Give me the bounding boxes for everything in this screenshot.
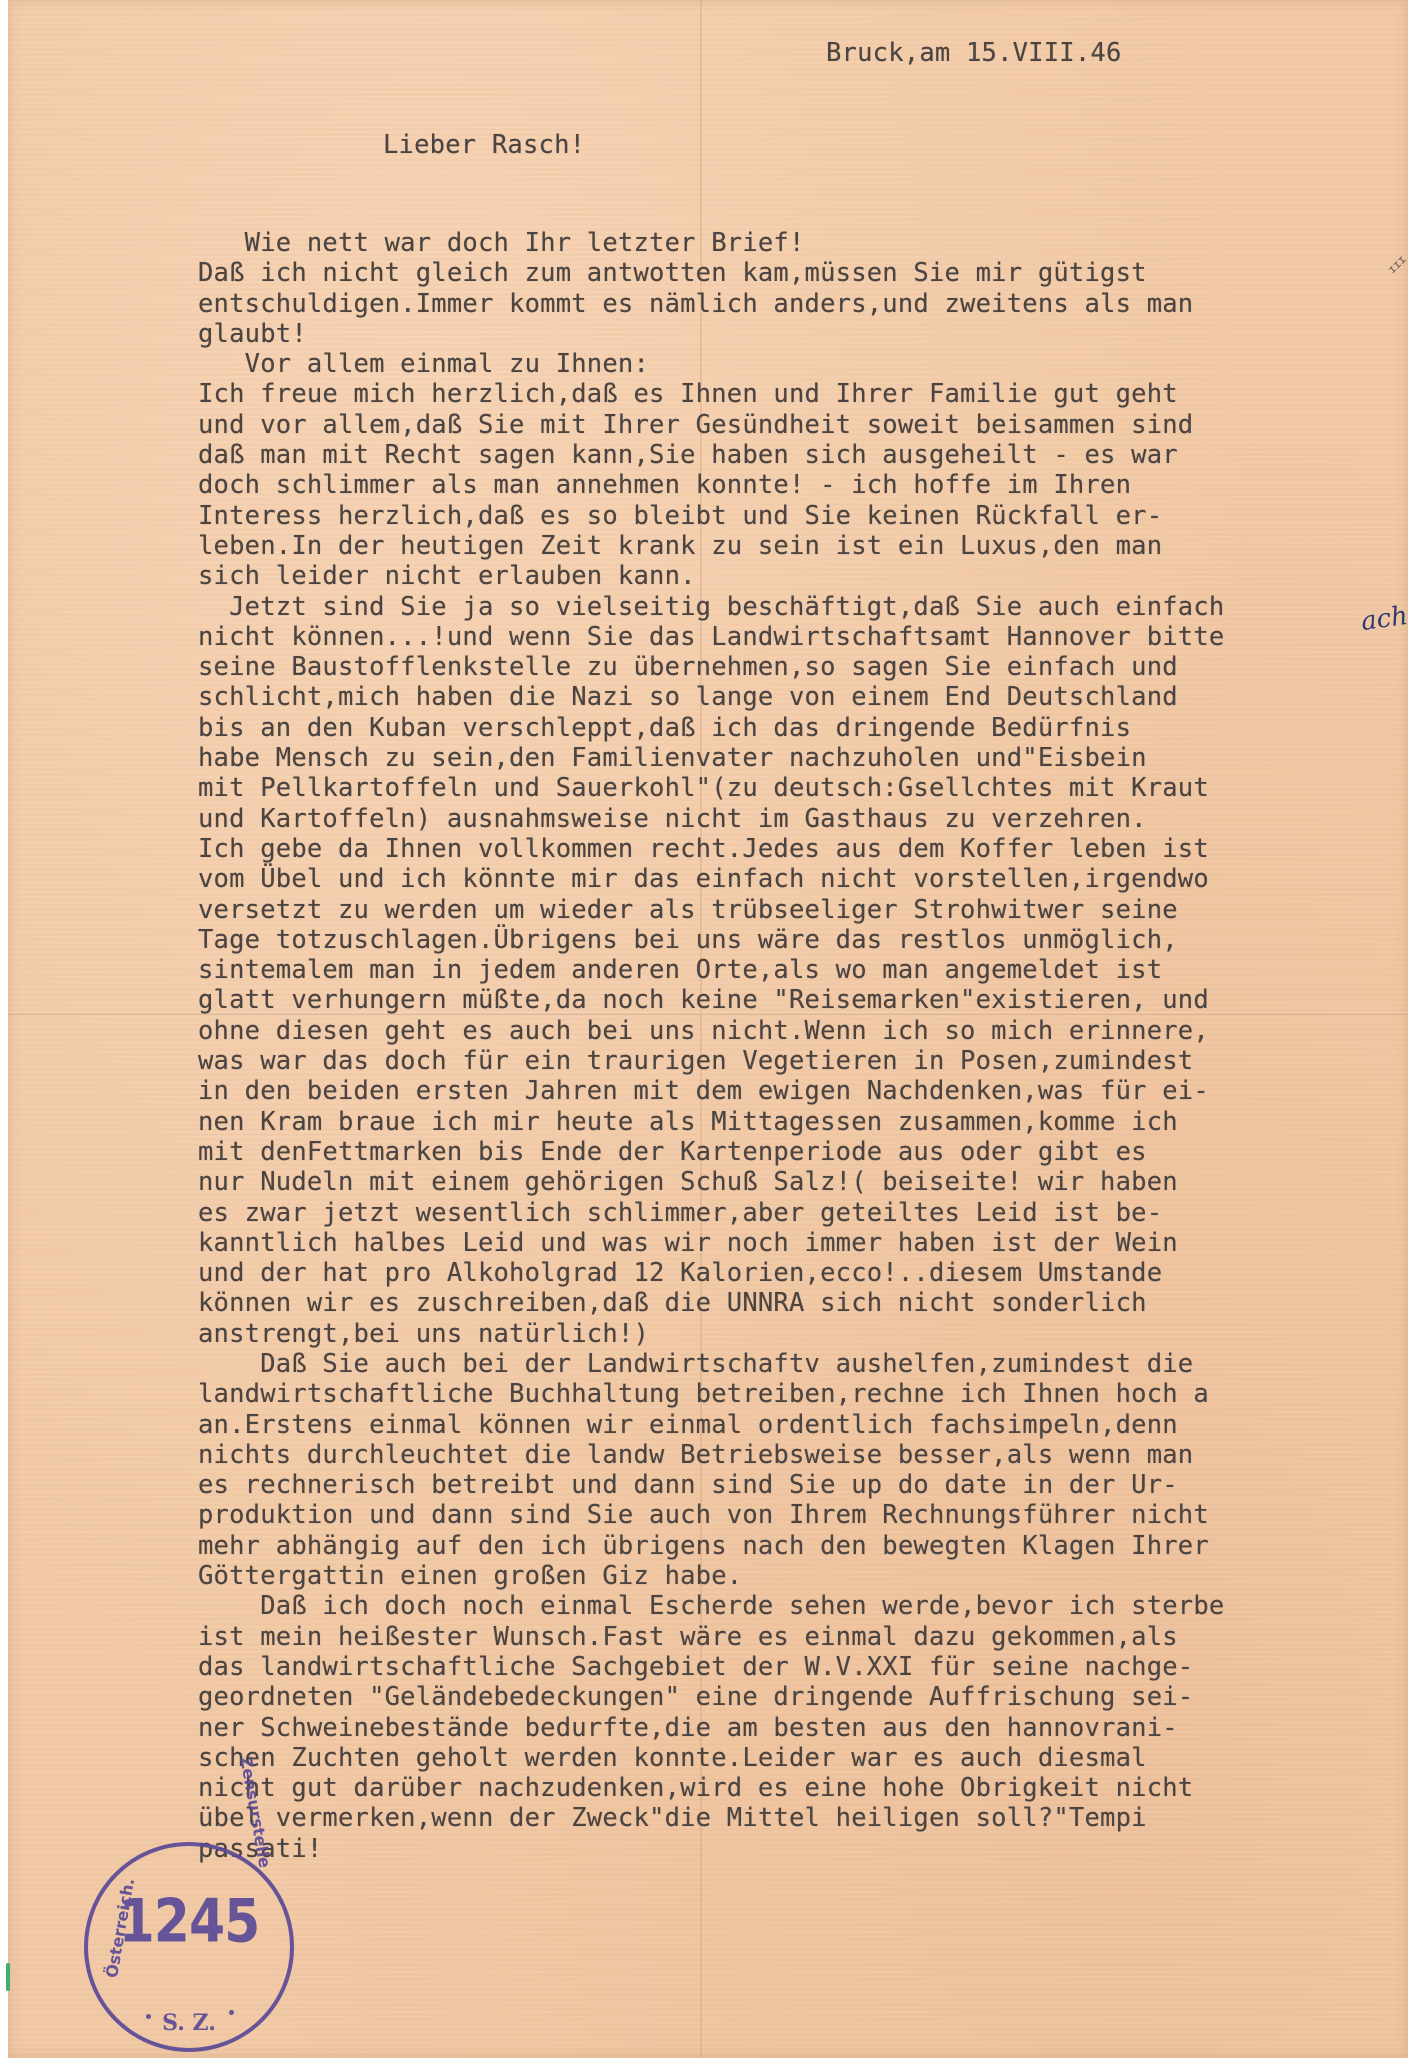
letter-line: nicht können...!und wenn Sie das Landwir… xyxy=(198,622,1224,652)
letter-line: ner Schweinebestände bedurfte,die am bes… xyxy=(198,1713,1224,1743)
letter-line: nichts durchleuchtet die landw Betriebsw… xyxy=(198,1440,1224,1470)
letter-line: Göttergattin einen großen Giz habe. xyxy=(198,1561,1224,1591)
letter-line: versetzt zu werden um wieder als trübsee… xyxy=(198,895,1224,925)
letter-line: es zwar jetzt wesentlich schlimmer,aber … xyxy=(198,1198,1224,1228)
letter-line: geordneten "Geländebedeckungen" eine dri… xyxy=(198,1682,1224,1712)
letter-line: daß man mit Recht sagen kann,Sie haben s… xyxy=(198,440,1224,470)
letter-line: das landwirtschaftliche Sachgebiet der W… xyxy=(198,1652,1224,1682)
letter-line: Ich freue mich herzlich,daß es Ihnen und… xyxy=(198,379,1224,409)
letter-line: landwirtschaftliche Buchhaltung betreibe… xyxy=(198,1379,1224,1409)
stamp-zone-label: S. Z. xyxy=(88,2010,290,2036)
letter-line: anstrengt,bei uns natürlich!) xyxy=(198,1319,1224,1349)
letter-line: sich leider nicht erlauben kann. xyxy=(198,561,1224,591)
letter-line: und der hat pro Alkoholgrad 12 Kalorien,… xyxy=(198,1258,1224,1288)
letter-line: habe Mensch zu sein,den Familienvater na… xyxy=(198,743,1224,773)
letter-line: und Kartoffeln) ausnahmsweise nicht im G… xyxy=(198,804,1224,834)
green-edge-mark xyxy=(6,1963,10,1991)
letter-line: mit Pellkartoffeln und Sauerkohl"(zu deu… xyxy=(198,773,1224,803)
letter-line: schen Zuchten geholt werden konnte.Leide… xyxy=(198,1743,1224,1773)
censor-stamp: Österreich. Zensurstelle 1245 S. Z. xyxy=(84,1842,294,2052)
letter-line: Ich gebe da Ihnen vollkommen recht.Jedes… xyxy=(198,834,1224,864)
letter-line: glatt verhungern müßte,da noch keine "Re… xyxy=(198,985,1224,1015)
letter-line: Jetzt sind Sie ja so vielseitig beschäft… xyxy=(198,592,1224,622)
letter-line: in den beiden ersten Jahren mit dem ewig… xyxy=(198,1076,1224,1106)
letter-line: doch schlimmer als man annehmen konnte! … xyxy=(198,470,1224,500)
stamp-number: 1245 xyxy=(88,1888,290,1957)
letter-line: an.Erstens einmal können wir einmal orde… xyxy=(198,1410,1224,1440)
letter-line: nen Kram braue ich mir heute als Mittage… xyxy=(198,1107,1224,1137)
letter-line: was war das doch für ein traurigen Veget… xyxy=(198,1046,1224,1076)
letter-line: Daß Sie auch bei der Landwirtschaftv aus… xyxy=(198,1349,1224,1379)
letter-line: Tage totzuschlagen.Übrigens bei uns wäre… xyxy=(198,925,1224,955)
letter-line: ohne diesen geht es auch bei uns nicht.W… xyxy=(198,1016,1224,1046)
letter-line: glaubt! xyxy=(198,319,1224,349)
letter-line: seine Baustofflenkstelle zu übernehmen,s… xyxy=(198,652,1224,682)
letter-body: Wie nett war doch Ihr letzter Brief!Daß … xyxy=(198,228,1224,1864)
letter-line: produktion und dann sind Sie auch von Ih… xyxy=(198,1500,1224,1530)
letter-line: sintemalem man in jedem anderen Orte,als… xyxy=(198,955,1224,985)
letter-line: entschuldigen.Immer kommt es nämlich and… xyxy=(198,289,1224,319)
letter-line: kanntlich halbes Leid und was wir noch i… xyxy=(198,1228,1224,1258)
letter-line: Daß ich doch noch einmal Escherde sehen … xyxy=(198,1591,1224,1621)
letter-line: Interess herzlich,daß es so bleibt und S… xyxy=(198,501,1224,531)
letter-line: nicht gut darüber nachzudenken,wird es e… xyxy=(198,1773,1224,1803)
letter-line: ist mein heißester Wunsch.Fast wäre es e… xyxy=(198,1622,1224,1652)
letter-line: schlicht,mich haben die Nazi so lange vo… xyxy=(198,682,1224,712)
letter-line: Vor allem einmal zu Ihnen: xyxy=(198,349,1224,379)
letter-line: mehr abhängig auf den ich übrigens nach … xyxy=(198,1531,1224,1561)
letter-line: mit denFettmarken bis Ende der Kartenper… xyxy=(198,1137,1224,1167)
letter-line: nur Nudeln mit einem gehörigen Schuß Sal… xyxy=(198,1167,1224,1197)
letter-line: und vor allem,daß Sie mit Ihrer Gesündhe… xyxy=(198,410,1224,440)
letter-line: vom Übel und ich könnte mir das einfach … xyxy=(198,864,1224,894)
letter-line: passati! xyxy=(198,1834,1224,1864)
letter-line: bis an den Kuban verschleppt,daß ich das… xyxy=(198,713,1224,743)
letter-line: es rechnerisch betreibt und dann sind Si… xyxy=(198,1470,1224,1500)
letter-line: Wie nett war doch Ihr letzter Brief! xyxy=(198,228,1224,258)
place-date: Bruck,am 15.VIII.46 xyxy=(826,38,1122,68)
letter-line: übel vermerken,wenn der Zweck"die Mittel… xyxy=(198,1803,1224,1833)
letter-line: Daß ich nicht gleich zum antwotten kam,m… xyxy=(198,258,1224,288)
letter-line: leben.In der heutigen Zeit krank zu sein… xyxy=(198,531,1224,561)
salutation: Lieber Rasch! xyxy=(383,130,585,160)
letter-line: können wir es zuschreiben,daß die UNNRA … xyxy=(198,1288,1224,1318)
